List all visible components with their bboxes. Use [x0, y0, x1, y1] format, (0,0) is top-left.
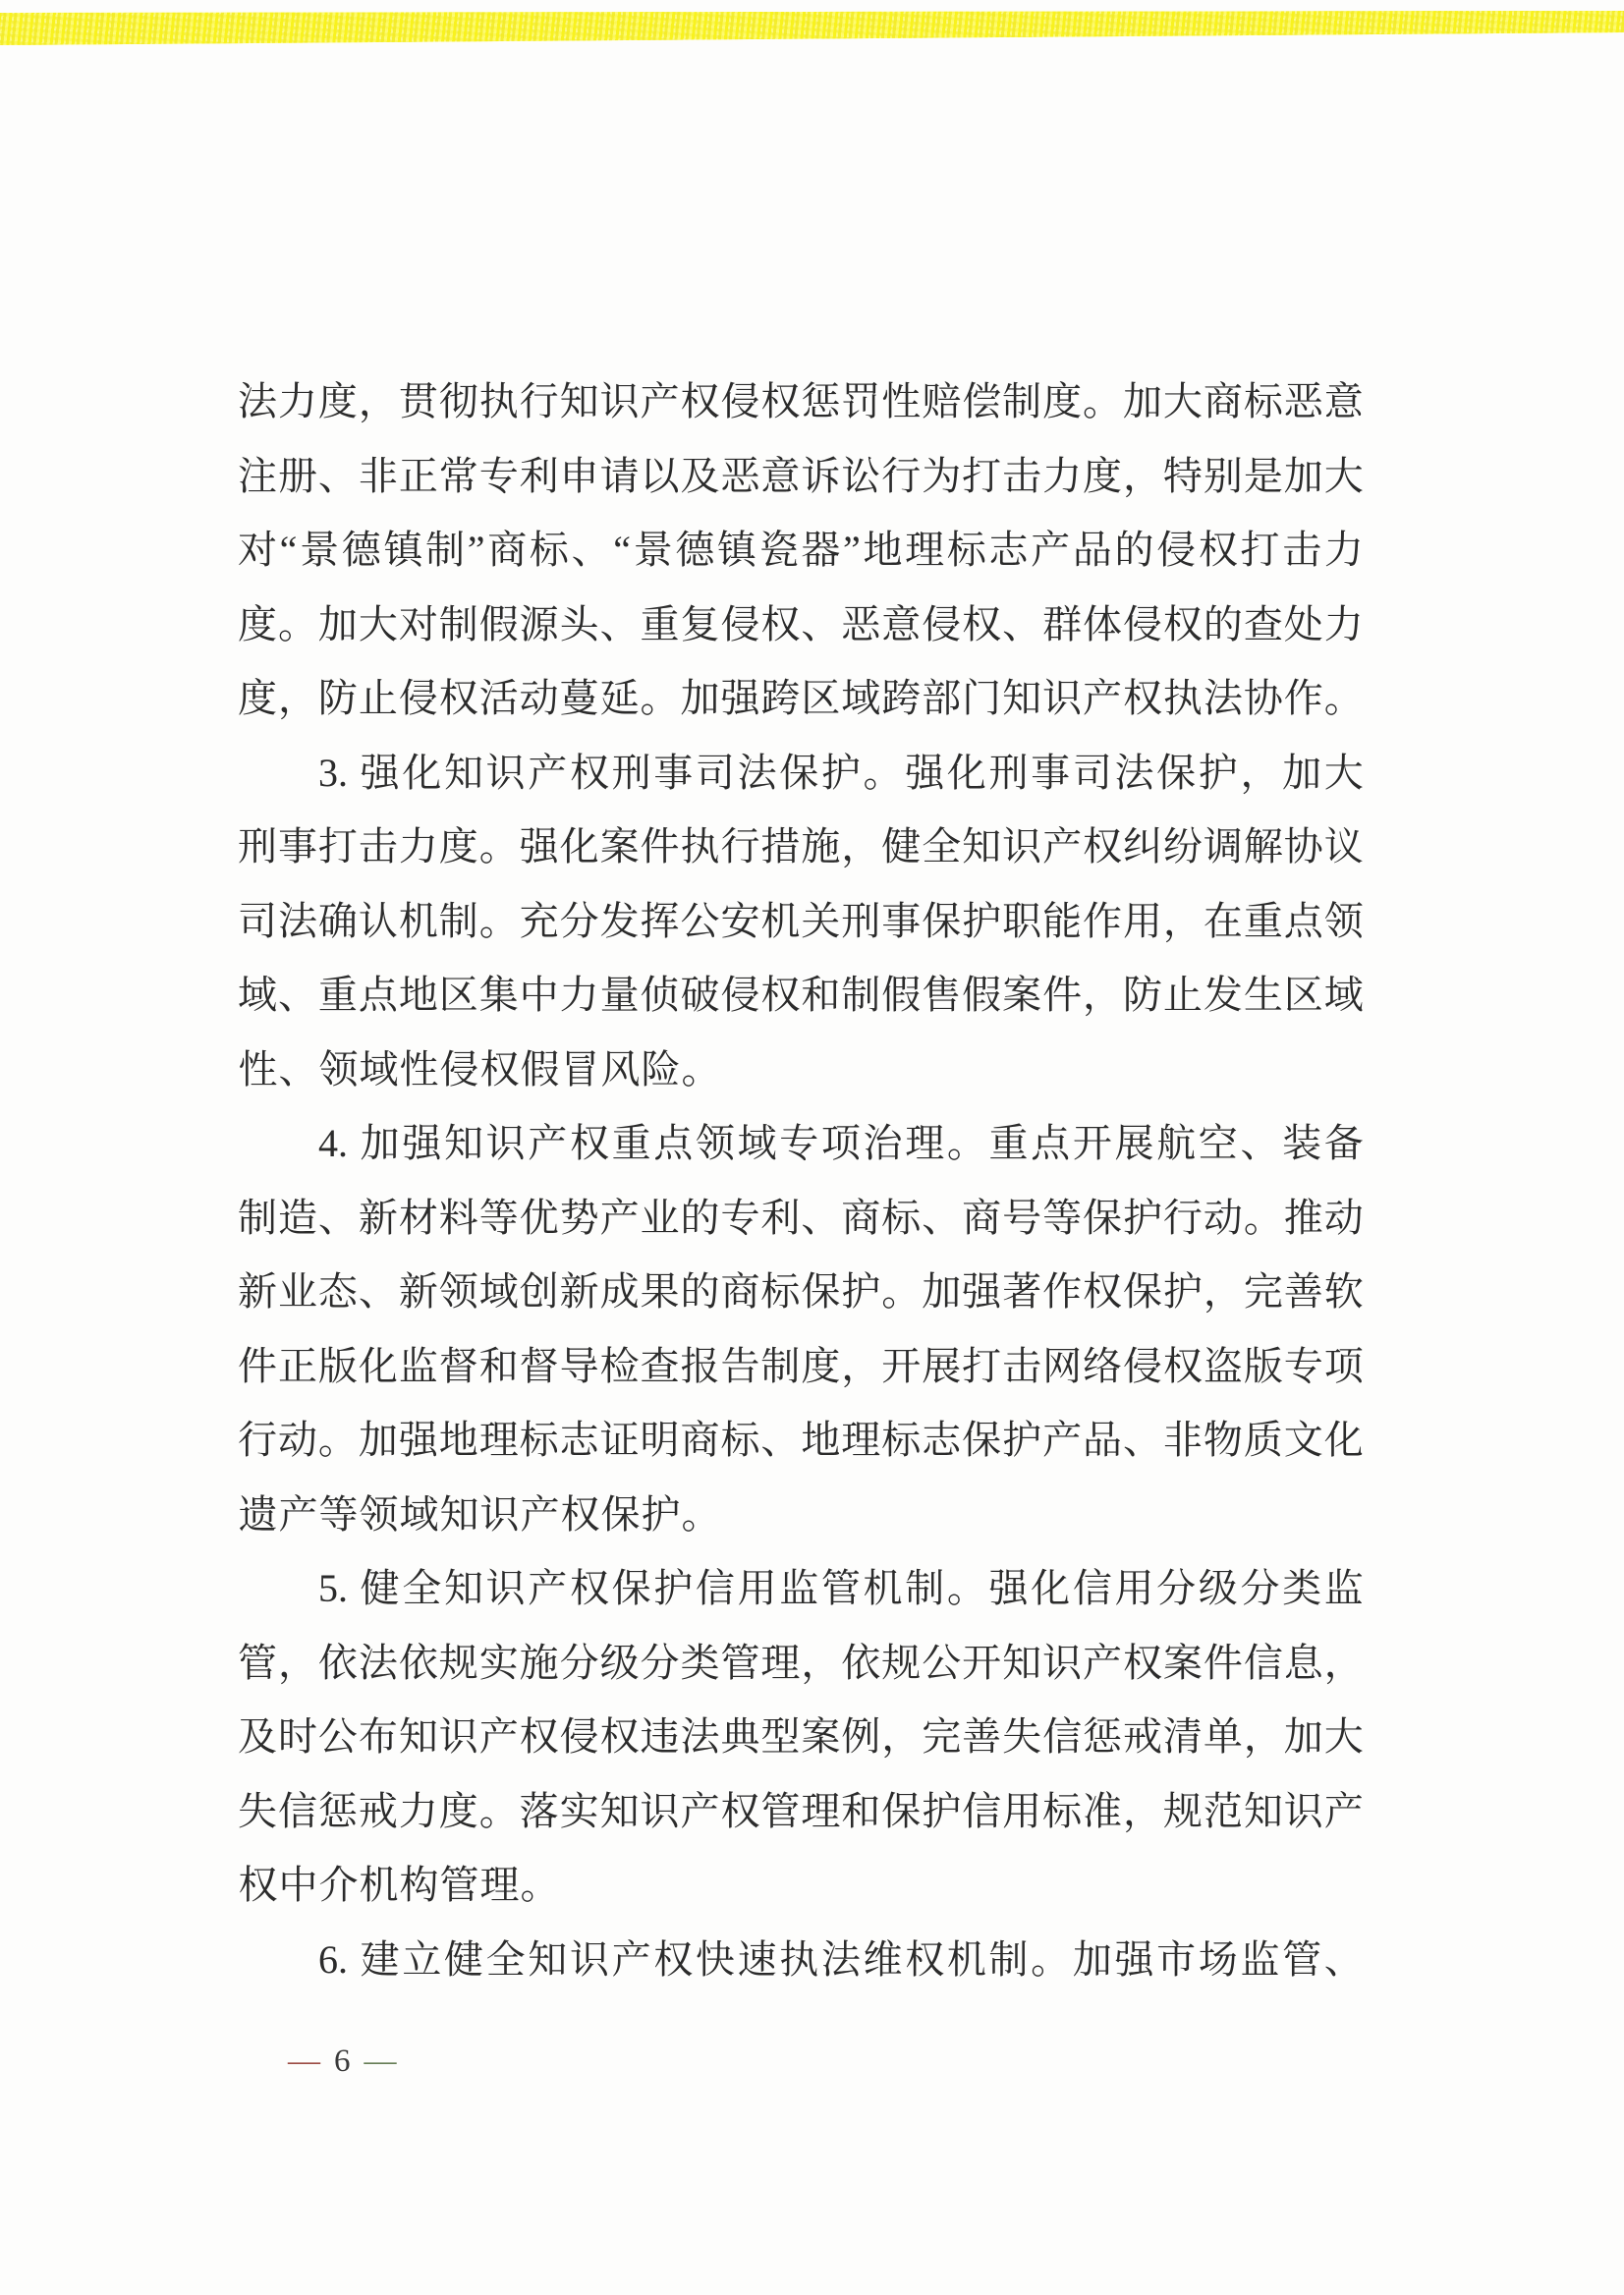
text-line: 6. 建立健全知识产权快速执法维权机制。加强市场监管、	[238, 1923, 1364, 1997]
text-line: 及时公布知识产权侵权违法典型案例，完善失信惩戒清单，加大	[238, 1700, 1364, 1774]
text-line: 注册、非正常专利申请以及恶意诉讼行为打击力度，特别是加大	[238, 439, 1364, 514]
text-line: 5. 健全知识产权保护信用监管机制。强化信用分级分类监	[238, 1551, 1364, 1626]
text-line: 制造、新材料等优势产业的专利、商标、商号等保护行动。推动	[238, 1181, 1364, 1256]
footer-dash-left: —	[288, 2042, 320, 2081]
footer-dash-right: —	[364, 2042, 397, 2081]
document-page: 法力度，贯彻执行知识产权侵权惩罚性赔偿制度。加大商标恶意注册、非正常专利申请以及…	[0, 0, 1624, 2295]
text-line: 司法确认机制。充分发挥公安机关刑事保护职能作用，在重点领	[238, 884, 1364, 959]
text-line: 3. 强化知识产权刑事司法保护。强化刑事司法保护，加大	[238, 736, 1364, 811]
text-line: 新业态、新领域创新成果的商标保护。加强著作权保护，完善软	[238, 1255, 1364, 1329]
text-line: 行动。加强地理标志证明商标、地理标志保护产品、非物质文化	[238, 1403, 1364, 1478]
text-line: 域、重点地区集中力量侦破侵权和制假售假案件，防止发生区域	[238, 958, 1364, 1033]
text-line: 刑事打击力度。强化案件执行措施，健全知识产权纠纷调解协议	[238, 810, 1364, 884]
text-line: 4. 加强知识产权重点领域专项治理。重点开展航空、装备	[238, 1106, 1364, 1181]
text-line: 失信惩戒力度。落实知识产权管理和保护信用标准，规范知识产	[238, 1774, 1364, 1849]
text-line: 法力度，贯彻执行知识产权侵权惩罚性赔偿制度。加大商标恶意	[238, 364, 1364, 439]
text-line: 件正版化监督和督导检查报告制度，开展打击网络侵权盗版专项	[238, 1329, 1364, 1404]
text-line: 对“景德镇制”商标、“景德镇瓷器”地理标志产品的侵权打击力	[238, 513, 1364, 588]
footer-page-number: 6	[334, 2042, 351, 2081]
text-line: 管，依法依规实施分级分类管理，依规公开知识产权案件信息，	[238, 1626, 1364, 1701]
text-line: 性、领域性侵权假冒风险。	[238, 1033, 1364, 1107]
text-line: 度，防止侵权活动蔓延。加强跨区域跨部门知识产权执法协作。	[238, 661, 1364, 736]
text-line: 度。加大对制假源头、重复侵权、恶意侵权、群体侵权的查处力	[238, 588, 1364, 662]
document-body: 法力度，贯彻执行知识产权侵权惩罚性赔偿制度。加大商标恶意注册、非正常专利申请以及…	[238, 364, 1364, 1996]
yellow-highlight-band	[0, 0, 1624, 59]
text-line: 权中介机构管理。	[238, 1848, 1364, 1923]
page-number-footer: — 6 —	[288, 2042, 397, 2081]
text-line: 遗产等领域知识产权保护。	[238, 1478, 1364, 1552]
